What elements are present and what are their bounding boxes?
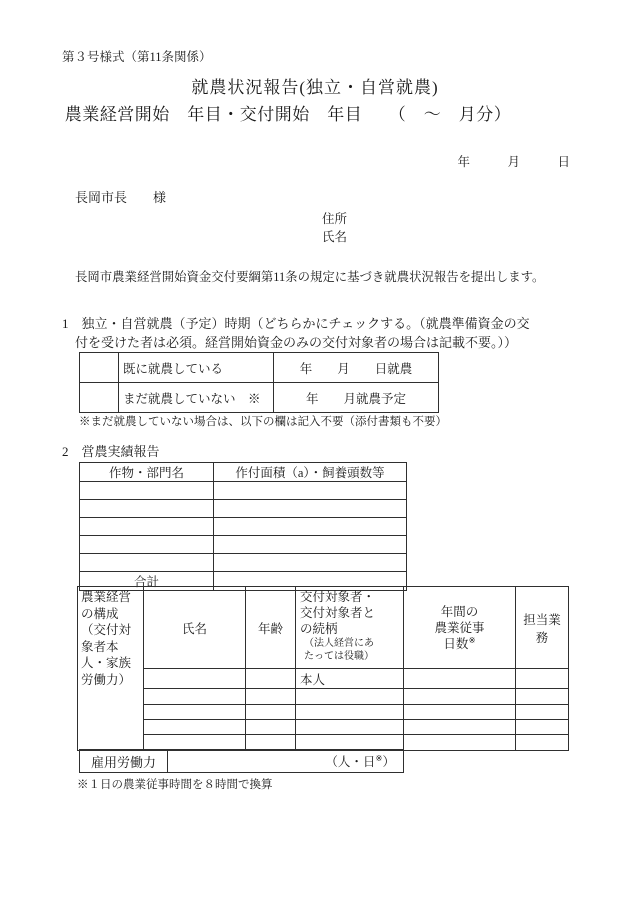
- crop-name-cell[interactable]: [80, 536, 214, 554]
- labor-relation-cell: 本人: [296, 669, 404, 689]
- table-row: 本人: [78, 669, 569, 689]
- labor-col-age: 年齢: [246, 587, 296, 669]
- labor-duty-cell[interactable]: [516, 720, 569, 735]
- labor-age-cell[interactable]: [246, 720, 296, 735]
- labor-col-relation-main: 交付対象者・ 交付対象者と の続柄: [300, 589, 399, 637]
- timing-checkbox-notyet[interactable]: [80, 383, 119, 413]
- labor-duty-cell[interactable]: [516, 705, 569, 720]
- labor-col-duty: 担当業務: [516, 587, 569, 669]
- table-row: まだ就農していない ※ 年 月就農予定: [80, 383, 439, 413]
- form-page: 第３号様式（第11条関係） 就農状況報告(独立・自営就農) 農業経営開始 年目・…: [0, 0, 630, 903]
- timing-checkbox-already[interactable]: [80, 353, 119, 383]
- labor-relation-cell[interactable]: [296, 720, 404, 735]
- labor-col-days-text: 年間の 農業従事 日数: [434, 605, 484, 651]
- table-header-row: 作物・部門名 作付面積（a）・飼養頭数等: [80, 463, 407, 482]
- crop-name-cell[interactable]: [80, 554, 214, 572]
- timing-date-already[interactable]: 年 月 日就農: [274, 353, 439, 383]
- table-row: [80, 482, 407, 500]
- hired-unit-open: （人・日: [325, 755, 375, 769]
- crop-area-cell[interactable]: [214, 500, 407, 518]
- contact-block: 住所 氏名: [322, 211, 347, 246]
- timing-table: 既に就農している 年 月 日就農 まだ就農していない ※ 年 月就農予定: [79, 352, 439, 413]
- table-row: [80, 536, 407, 554]
- labor-relation-cell[interactable]: [296, 705, 404, 720]
- labor-stub: 農業経営 の構成 （交付対 象者本 人・家族 労働力）: [78, 587, 144, 751]
- form-title-block: 就農状況報告(独立・自営就農) 農業経営開始 年目・交付開始 年目 （ ～ 月分…: [0, 74, 630, 128]
- section1-heading: 1 独立・自営就農（予定）時期（どちらかにチェックする。（就農準備資金の交 付を…: [62, 315, 530, 352]
- labor-days-cell[interactable]: [404, 720, 516, 735]
- timing-date-notyet[interactable]: 年 月就農予定: [274, 383, 439, 413]
- crops-col-area: 作付面積（a）・飼養頭数等: [214, 463, 407, 482]
- crops-col-crop: 作物・部門名: [80, 463, 214, 482]
- labor-col-relation: 交付対象者・ 交付対象者と の続柄 （法人経営にあ たっては役職）: [296, 587, 404, 669]
- labor-col-name: 氏名: [144, 587, 246, 669]
- section2-note: ※１日の農業従事時間を８時間で換算: [77, 776, 273, 792]
- labor-duty-cell[interactable]: [516, 689, 569, 705]
- date-line: 年 月 日: [457, 152, 570, 170]
- table-row: [80, 500, 407, 518]
- asterisk-mark: ※: [468, 634, 475, 644]
- labor-name-cell[interactable]: [144, 689, 246, 705]
- table-row: [80, 554, 407, 572]
- addressee: 長岡市長 様: [75, 187, 166, 206]
- form-number: 第３号様式（第11条関係）: [62, 47, 212, 65]
- table-row: [78, 705, 569, 720]
- hired-unit-close: ）: [382, 755, 395, 769]
- crops-table: 作物・部門名 作付面積（a）・飼養頭数等 合計: [79, 462, 407, 591]
- labor-days-cell[interactable]: [404, 689, 516, 705]
- labor-duty-cell[interactable]: [516, 669, 569, 689]
- labor-name-cell[interactable]: [144, 669, 246, 689]
- table-row: [80, 518, 407, 536]
- table-row: [78, 720, 569, 735]
- hired-labor-unit[interactable]: （人・日※）: [168, 750, 404, 773]
- address-label: 住所: [322, 211, 347, 229]
- table-header-row: 農業経営 の構成 （交付対 象者本 人・家族 労働力） 氏名 年齢 交付対象者・…: [78, 587, 569, 669]
- labor-duty-cell[interactable]: [516, 735, 569, 751]
- labor-age-cell[interactable]: [246, 705, 296, 720]
- labor-name-cell[interactable]: [144, 705, 246, 720]
- crop-area-cell[interactable]: [214, 518, 407, 536]
- crop-name-cell[interactable]: [80, 482, 214, 500]
- labor-relation-cell[interactable]: [296, 689, 404, 705]
- crop-area-cell[interactable]: [214, 554, 407, 572]
- page-subtitle: 農業経営開始 年目・交付開始 年目 （ ～ 月分）: [0, 101, 603, 128]
- declaration-text: 長岡市農業経営開始資金交付要綱第11条の規定に基づき就農状況報告を提出します。: [75, 267, 544, 285]
- labor-name-cell[interactable]: [144, 720, 246, 735]
- table-row: [78, 689, 569, 705]
- labor-days-cell[interactable]: [404, 669, 516, 689]
- labor-days-cell[interactable]: [404, 735, 516, 751]
- table-row: 雇用労働力 （人・日※）: [80, 750, 404, 773]
- section2-heading: 2 営農実績報告: [62, 443, 160, 462]
- hired-labor-label: 雇用労働力: [80, 750, 168, 773]
- crop-area-cell[interactable]: [214, 482, 407, 500]
- labor-days-cell[interactable]: [404, 705, 516, 720]
- section1-note: ※まだ就農していない場合は、以下の欄は記入不要（添付書類も不要）: [79, 413, 447, 429]
- name-label: 氏名: [322, 229, 347, 247]
- page-title: 就農状況報告(独立・自営就農): [0, 74, 630, 101]
- labor-col-days: 年間の 農業従事 日数※: [404, 587, 516, 669]
- timing-label-already: 既に就農している: [119, 353, 274, 383]
- timing-label-notyet: まだ就農していない ※: [119, 383, 274, 413]
- labor-age-cell[interactable]: [246, 669, 296, 689]
- hired-labor-row: 雇用労働力 （人・日※）: [79, 749, 404, 773]
- labor-age-cell[interactable]: [246, 689, 296, 705]
- labor-table: 農業経営 の構成 （交付対 象者本 人・家族 労働力） 氏名 年齢 交付対象者・…: [77, 586, 569, 751]
- crop-area-cell[interactable]: [214, 536, 407, 554]
- table-row: 既に就農している 年 月 日就農: [80, 353, 439, 383]
- labor-col-relation-note: （法人経営にあ たっては役職）: [300, 637, 399, 663]
- crop-name-cell[interactable]: [80, 518, 214, 536]
- crop-name-cell[interactable]: [80, 500, 214, 518]
